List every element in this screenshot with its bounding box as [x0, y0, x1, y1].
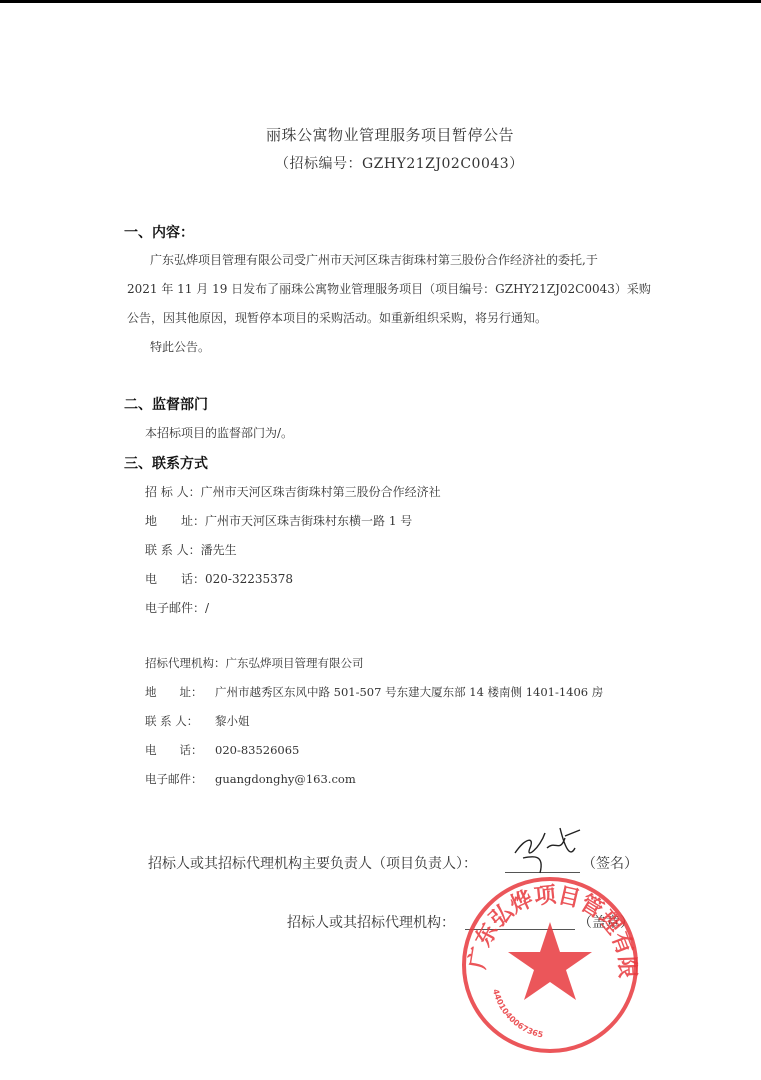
- field-value: 广州市天河区珠吉街珠村东横一路 1 号: [205, 514, 412, 528]
- field-value: 黎小姐: [215, 714, 250, 728]
- field-value: 广州市越秀区东风中路 501-507 号东建大厦东部 14 楼南侧 1401-1…: [215, 685, 603, 699]
- agency-address-row: 地 址：广州市越秀区东风中路 501-507 号东建大厦东部 14 楼南侧 14…: [145, 684, 603, 700]
- section-3-heading: 三、联系方式: [124, 453, 208, 473]
- tenderer-address-row: 地 址：广州市天河区珠吉街珠村东横一路 1 号: [145, 512, 412, 529]
- field-label: 地 址：: [145, 512, 205, 529]
- section-1-para-line-3: 公告，因其他原因，现暂停本项目的采购活动。如重新组织采购，将另行通知。: [127, 309, 547, 326]
- section-1-heading: 一、内容：: [124, 222, 194, 242]
- section-1-para-line-1: 广东弘烨项目管理有限公司受广州市天河区珠吉街珠村第三股份合作经济社的委托,于: [150, 251, 598, 268]
- agency-row: 招标代理机构：广东弘烨项目管理有限公司: [145, 655, 364, 671]
- agency-contact-row: 联 系 人：黎小姐: [145, 713, 250, 729]
- company-seal-icon: 广东弘烨项目管理有限公司 4401040067365: [455, 870, 645, 1060]
- field-label: 电 话：: [145, 570, 205, 587]
- field-label: 招 标 人：: [145, 483, 201, 500]
- section-2-heading: 二、监督部门: [124, 394, 208, 414]
- field-value: 020-32235378: [205, 572, 293, 586]
- field-label: 招标代理机构：: [145, 655, 226, 671]
- field-label: 联 系 人：: [145, 713, 215, 729]
- seal-label: 招标人或其招标代理机构：: [287, 912, 455, 932]
- tenderer-phone-row: 电 话：020-32235378: [145, 570, 293, 587]
- document-subtitle: （招标编号：GZHY21ZJ02C0043）: [275, 153, 524, 173]
- field-value: 广东弘烨项目管理有限公司: [226, 656, 364, 670]
- field-value: 广州市天河区珠吉街珠村第三股份合作经济社: [201, 485, 441, 499]
- field-label: 联 系 人：: [145, 541, 201, 558]
- signature-label: 招标人或其招标代理机构主要负责人（项目负责人）：: [148, 853, 477, 873]
- top-border: [0, 0, 761, 3]
- section-2-text: 本招标项目的监督部门为/。: [145, 424, 293, 441]
- tenderer-email-row: 电子邮件：/: [145, 599, 209, 616]
- agency-email-row: 电子邮件：guangdonghy@163.com: [145, 771, 356, 787]
- field-value: 潘先生: [201, 543, 237, 557]
- handwritten-signature: [505, 818, 585, 878]
- field-label: 电子邮件：: [145, 599, 205, 616]
- section-1-para-line-2: 2021 年 11 月 19 日发布了丽珠公寓物业管理服务项目（项目编号：GZH…: [127, 280, 651, 297]
- tenderer-row: 招 标 人：广州市天河区珠吉街珠村第三股份合作经济社: [145, 483, 441, 500]
- star-icon: [508, 922, 592, 1000]
- tenderer-contact-row: 联 系 人：潘先生: [145, 541, 237, 558]
- field-label: 电子邮件：: [145, 771, 215, 787]
- field-label: 地 址：: [145, 684, 215, 700]
- field-value: /: [205, 601, 209, 615]
- document-title: 丽珠公寓物业管理服务项目暂停公告: [266, 124, 514, 145]
- section-1-closing: 特此公告。: [150, 338, 210, 355]
- field-value: guangdonghy@163.com: [215, 772, 356, 786]
- agency-phone-row: 电 话：020-83526065: [145, 742, 299, 758]
- field-value: 020-83526065: [215, 743, 299, 757]
- field-label: 电 话：: [145, 742, 215, 758]
